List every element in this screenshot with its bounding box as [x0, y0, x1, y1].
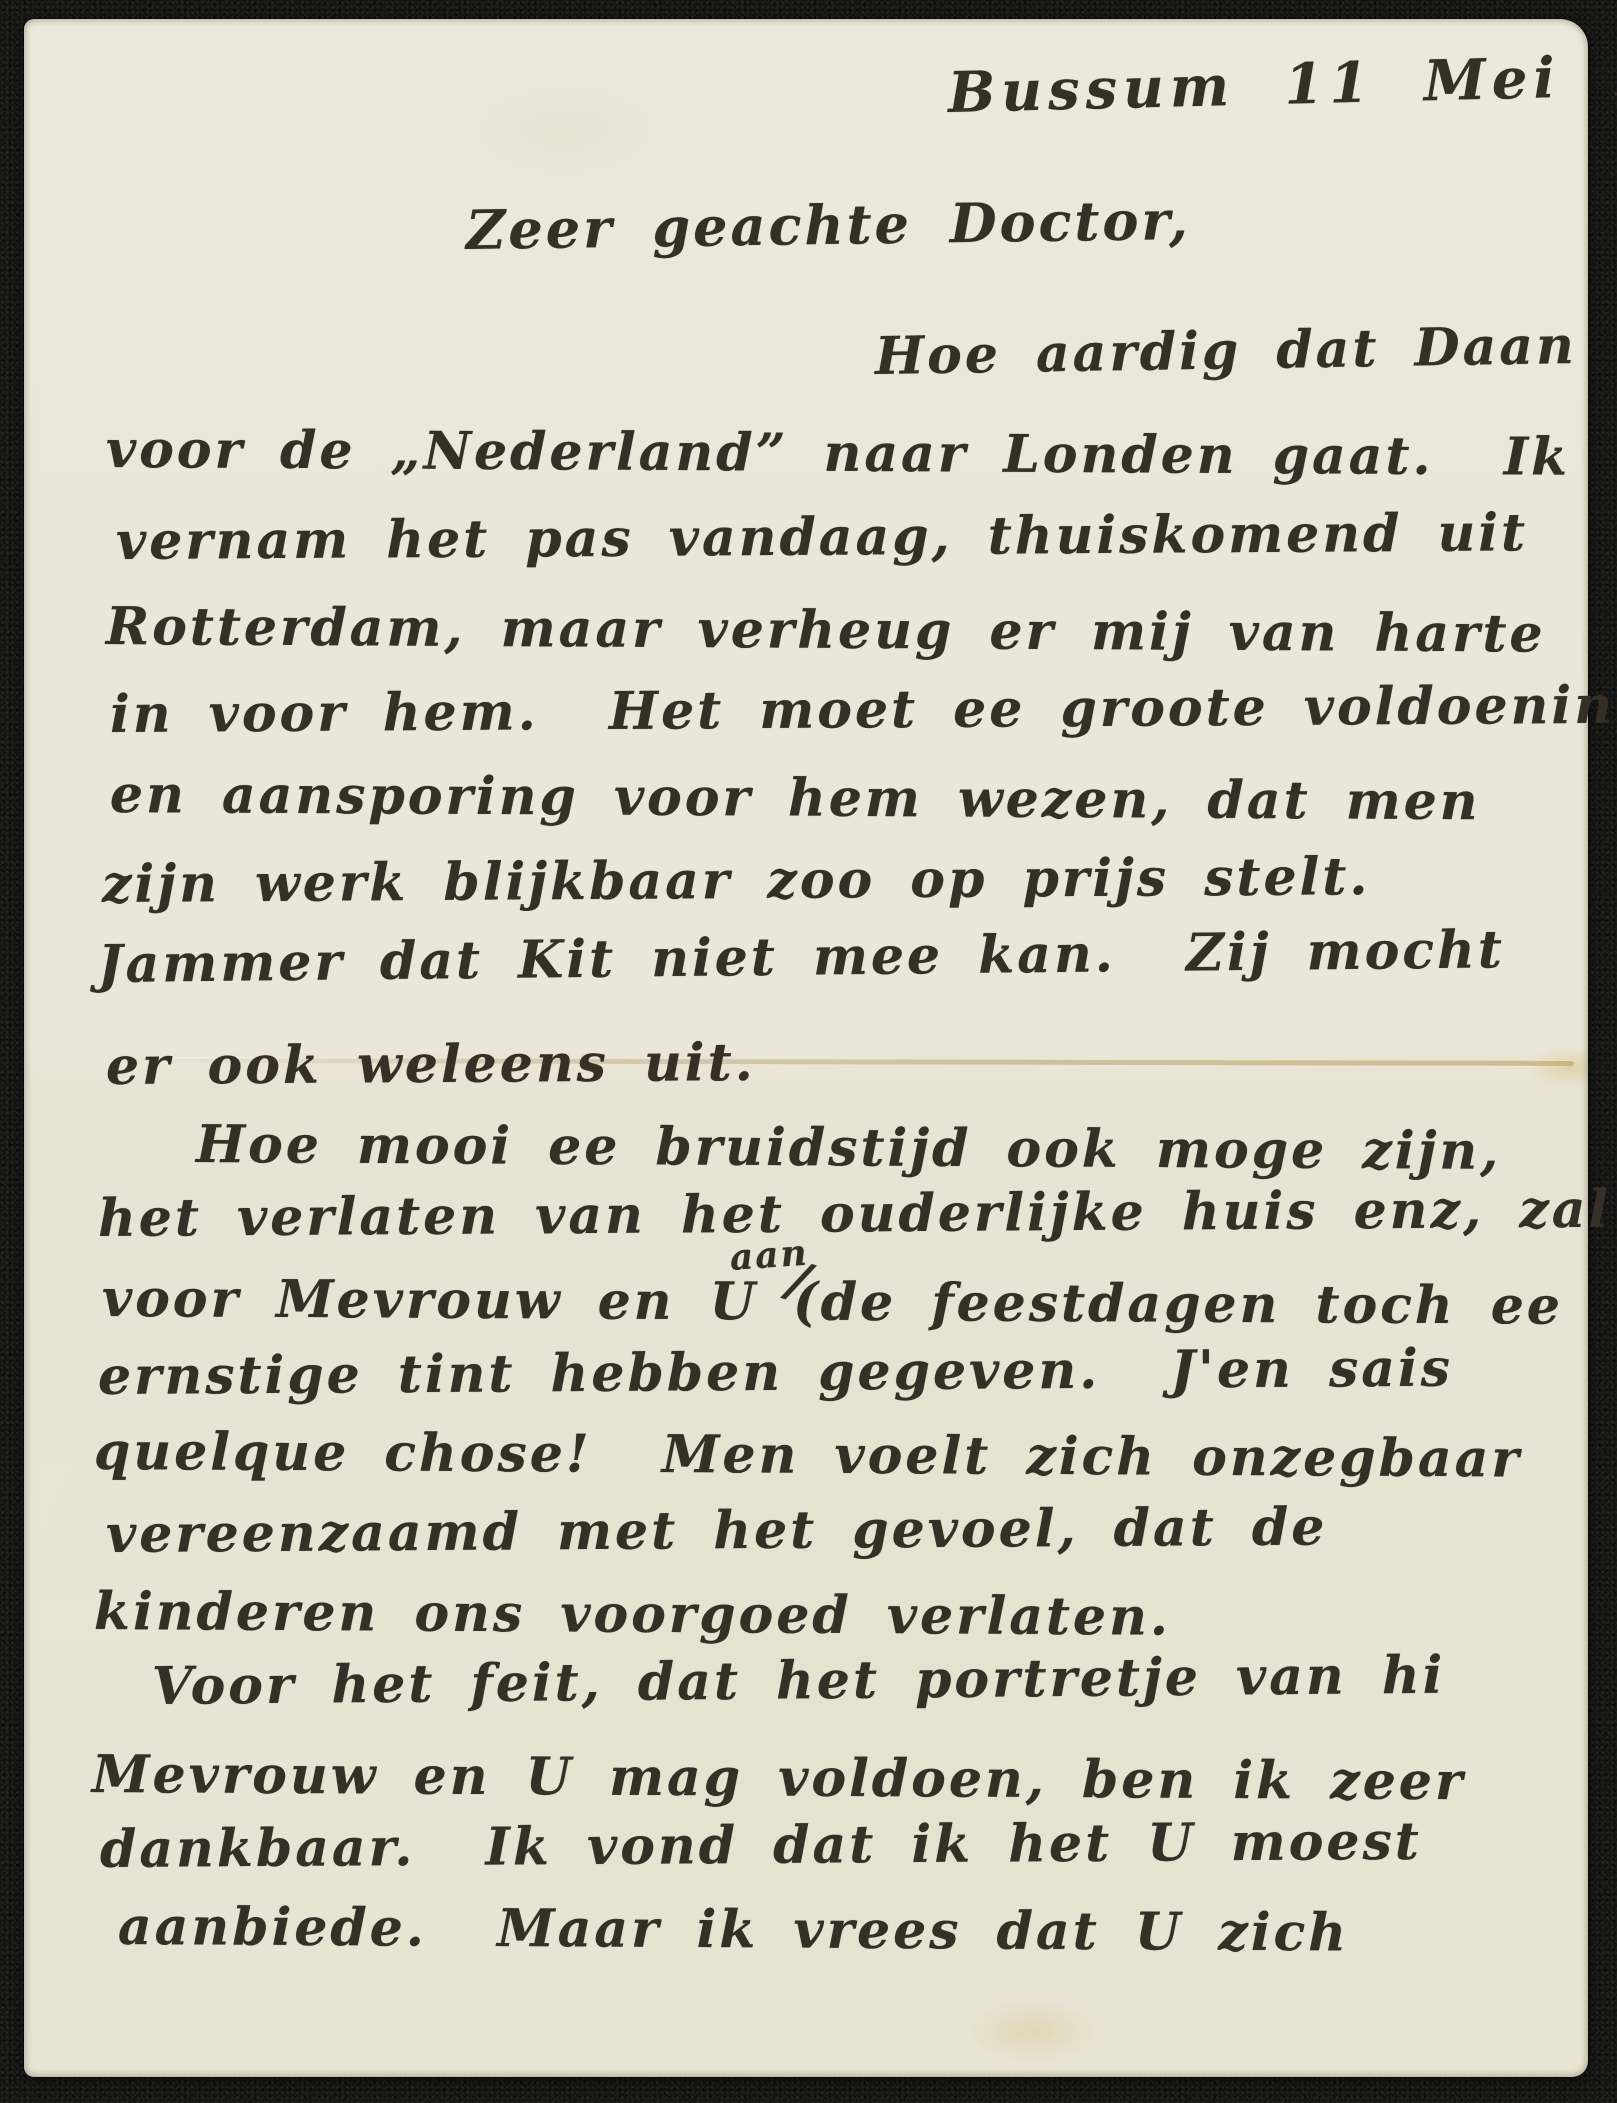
handwritten-line: Mevrouw en U mag voldoen, ben ik zeer — [92, 1748, 1466, 1810]
handwritten-line: Hoe mooi ee bruidstijd ook moge zijn, — [196, 1118, 1502, 1179]
handwritten-line: en aansporing voor hem wezen, dat men — [110, 768, 1481, 830]
handwritten-line: Rotterdam, maar verheug er mij van harte — [106, 600, 1546, 662]
handwritten-line: er ook weleens uit. — [106, 1036, 756, 1095]
handwritten-line: Jammer dat Kit niet mee kan. Zij mocht — [98, 923, 1505, 992]
handwritten-line: Voor het feit, dat het portretje van hi — [152, 1649, 1446, 1715]
handwritten-line: zijn werk blijkbaar zoo op prijs stelt. — [102, 850, 1371, 912]
handwritten-line: voor Mevrouw en U (de feestdagen toch ee — [102, 1272, 1563, 1334]
handwritten-line: aanbiede. Maar ik vrees dat U zich — [118, 1900, 1349, 1961]
handwritten-line: voor de „Nederland” naar Londen gaat. Ik — [106, 423, 1570, 485]
salutation: Zeer geachte Doctor, — [466, 192, 1191, 259]
handwritten-line: in voor hem. Het moet ee groote voldoeni… — [110, 679, 1617, 743]
handwritten-line: vereenzaamd met het gevoel, dat de — [106, 1501, 1328, 1563]
handwritten-line: dankbaar. Ik vond dat ik het U moest — [100, 1815, 1422, 1878]
handwritten-line: kinderen ons voorgoed verlaten. — [94, 1585, 1171, 1645]
handwritten-line: het verlaten van het ouderlijke huis enz… — [98, 1183, 1612, 1247]
date-line: Bussum 11 Mei 19 — [947, 46, 1617, 123]
scanned-letter-photo: Bussum 11 Mei 19 Zeer geachte Doctor, Ho… — [0, 0, 1617, 2103]
handwritten-line: vernam het pas vandaag, thuiskomend uit — [116, 506, 1528, 569]
handwritten-line: Hoe aardig dat Daan — [875, 319, 1578, 385]
handwritten-line: ernstige tint hebben gegeven. J'en sais — [98, 1342, 1453, 1405]
handwritten-line: quelque chose! Men voelt zich onzegbaar — [94, 1425, 1522, 1487]
